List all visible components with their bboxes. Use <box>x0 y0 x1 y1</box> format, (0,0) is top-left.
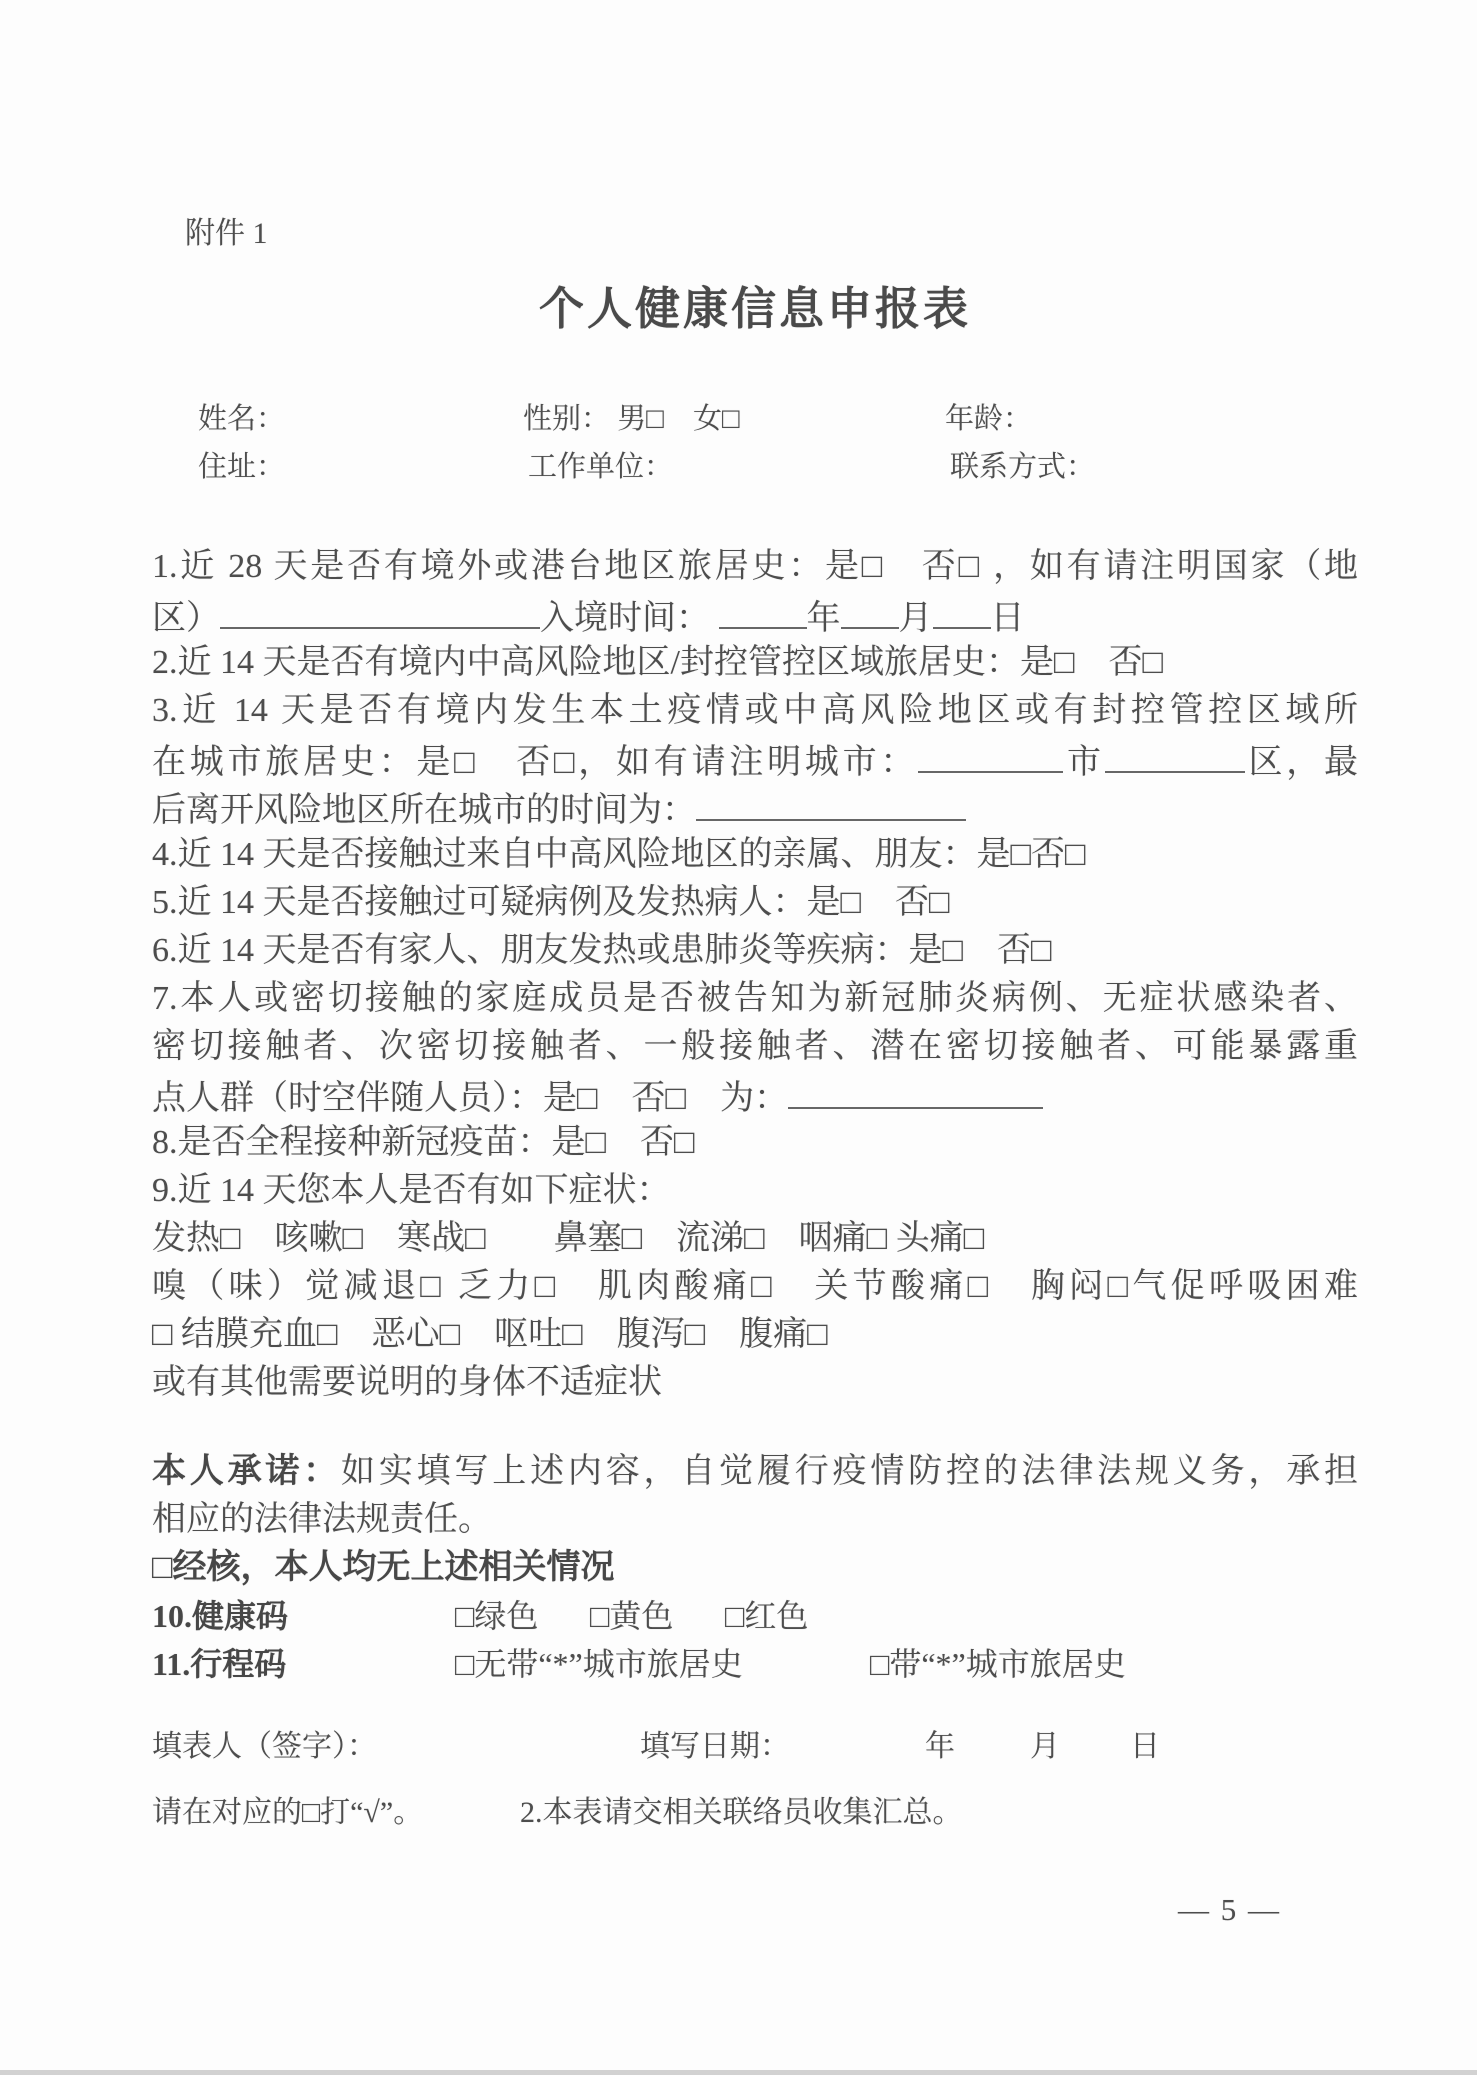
promise-line-2: 相应的法律法规责任。 <box>152 1496 1358 1544</box>
promise-label: 本人承诺： <box>152 1453 341 1490</box>
notes-row: 请在对应的□打“√”。 2.本表请交相关联络员收集汇总。 <box>152 1789 1358 1837</box>
question-9: 9.近 14 天您本人是否有如下症状： <box>152 1167 1358 1215</box>
signature-row: 填表人（签字）： 填写日期： 年 月 日 <box>152 1723 1358 1771</box>
question-3-leave-time-label: 后离开风险地区所在城市的时间为： <box>152 792 696 829</box>
attachment-label: 附件 1 <box>185 208 268 252</box>
name-label: 姓名： <box>198 395 285 443</box>
page-title: 个人健康信息申报表 <box>152 272 1358 337</box>
symptoms-line-3: □ 结膜充血□ 恶心□ 呕吐□ 腹泻□ 腹痛□ <box>152 1311 1358 1359</box>
gender-female-checkbox: 女□ <box>693 403 740 435</box>
question-5: 5.近 14 天是否接触过可疑病例及发热病人：是□ 否□ <box>152 879 1358 927</box>
blank-underline <box>719 591 807 629</box>
blank-underline <box>841 591 899 629</box>
symptoms-line-1: 发热□ 咳嗽□ 寒战□ 鼻塞□ 流涕□ 咽痛□ 头痛□ <box>152 1215 1358 1263</box>
district-unit-label: 区，最 <box>1245 744 1358 781</box>
page-number: — 5 — <box>1178 1892 1281 1928</box>
age-label: 年龄： <box>945 395 1032 443</box>
symptoms-line-2: 嗅（味）觉减退□ 乏力□ 肌肉酸痛□ 关节酸痛□ 胸闷□气促呼吸困难 <box>152 1263 1358 1311</box>
travel-code-star-checkbox: □带“*”城市旅居史 <box>870 1640 1126 1688</box>
gender-male-checkbox: 男□ <box>617 403 664 435</box>
health-code-yellow-checkbox: □黄色 <box>590 1592 673 1640</box>
question-8: 8.是否全程接种新冠疫苗：是□ 否□ <box>152 1119 1358 1167</box>
question-7-answer-label: 点人群（时空伴随人员）：是□ 否□ 为： <box>152 1080 788 1117</box>
address-label: 住址： <box>198 443 285 491</box>
city-unit-label: 市 <box>1063 744 1105 781</box>
blank-underline <box>220 591 540 629</box>
scan-bottom-edge <box>0 2070 1477 2075</box>
question-4: 4.近 14 天是否接触过来自中高风险地区的亲属、朋友：是□否□ <box>152 831 1358 879</box>
blank-underline <box>696 783 966 821</box>
gender-field: 性别： 男□ 女□ <box>523 395 740 443</box>
day-label: 日 <box>991 600 1025 637</box>
question-3-line-3: 后离开风险地区所在城市的时间为： <box>152 783 1358 831</box>
month-label: 月 <box>899 600 933 637</box>
entry-time-label: 入境时间： <box>540 600 710 637</box>
question-7-line-2: 密切接触者、次密切接触者、一般接触者、潜在密切接触者、可能暴露重 <box>152 1023 1358 1071</box>
workunit-label: 工作单位： <box>528 443 673 491</box>
question-3-line-2: 在城市旅居史：是□ 否□，如有请注明城市：市区，最 <box>152 735 1358 783</box>
health-code-label: 10.健康码 <box>152 1598 288 1634</box>
fill-date-label: 填写日期： <box>640 1723 790 1771</box>
question-1-line-1: 1.近 28 天是否有境外或港台地区旅居史：是□ 否□ ，如有请注明国家（地 <box>152 543 1358 591</box>
blank-underline <box>918 735 1063 773</box>
gender-label: 性别： <box>523 403 610 435</box>
contact-label: 联系方式： <box>950 443 1095 491</box>
document-page: 附件 1 个人健康信息申报表 姓名： 性别： 男□ 女□ 年龄： 住址： 工作单… <box>0 0 1477 2075</box>
question-6: 6.近 14 天是否有家人、朋友发热或患肺炎等疾病：是□ 否□ <box>152 927 1358 975</box>
question-3-city-prompt: 在城市旅居史：是□ 否□，如有请注明城市： <box>152 744 918 781</box>
health-code-red-checkbox: □红色 <box>725 1592 808 1640</box>
question-1-line-2: 区）入境时间： 年月日 <box>152 591 1358 639</box>
question-7-line-1: 7.本人或密切接触的家庭成员是否被告知为新冠肺炎病例、无症状感染者、 <box>152 975 1358 1023</box>
month-label: 月 <box>1030 1723 1060 1771</box>
blank-underline <box>788 1071 1043 1109</box>
day-label: 日 <box>1130 1723 1160 1771</box>
question-3-line-1: 3.近 14 天是否有境内发生本土疫情或中高风险地区或有封控管控区域所 <box>152 687 1358 735</box>
note-check-instruction: 请在对应的□打“√”。 <box>152 1796 423 1829</box>
health-code-green-checkbox: □绿色 <box>455 1592 538 1640</box>
signer-label: 填表人（签字）： <box>152 1730 377 1763</box>
travel-code-no-star-checkbox: □无带“*”城市旅居史 <box>455 1640 743 1688</box>
info-row-1: 姓名： 性别： 男□ 女□ 年龄： <box>152 395 1358 443</box>
year-label: 年 <box>925 1723 955 1771</box>
promise-text: 如实填写上述内容，自觉履行疫情防控的法律法规义务，承担 <box>341 1453 1358 1490</box>
year-label: 年 <box>807 600 841 637</box>
question-1-region-label: 区） <box>152 600 220 637</box>
promise-line-1: 本人承诺：如实填写上述内容，自觉履行疫情防控的法律法规义务，承担 <box>152 1448 1358 1496</box>
symptoms-other-note: 或有其他需要说明的身体不适症状 <box>152 1359 1358 1407</box>
blank-underline <box>933 591 991 629</box>
question-2: 2.近 14 天是否有境内中高风险地区/封控管控区域旅居史：是□ 否□ <box>152 639 1358 687</box>
travel-code-label: 11.行程码 <box>152 1646 286 1682</box>
question-10-health-code: 10.健康码 □绿色 □黄色 □红色 <box>152 1592 1358 1640</box>
verified-none-checkbox-line: □经核，本人均无上述相关情况 <box>152 1544 1358 1592</box>
blank-underline <box>1105 735 1245 773</box>
note-submit-instruction: 2.本表请交相关联络员收集汇总。 <box>520 1789 963 1837</box>
question-11-travel-code: 11.行程码 □无带“*”城市旅居史 □带“*”城市旅居史 <box>152 1640 1358 1688</box>
question-7-line-3: 点人群（时空伴随人员）：是□ 否□ 为： <box>152 1071 1358 1119</box>
info-row-2: 住址： 工作单位： 联系方式： <box>152 443 1358 491</box>
